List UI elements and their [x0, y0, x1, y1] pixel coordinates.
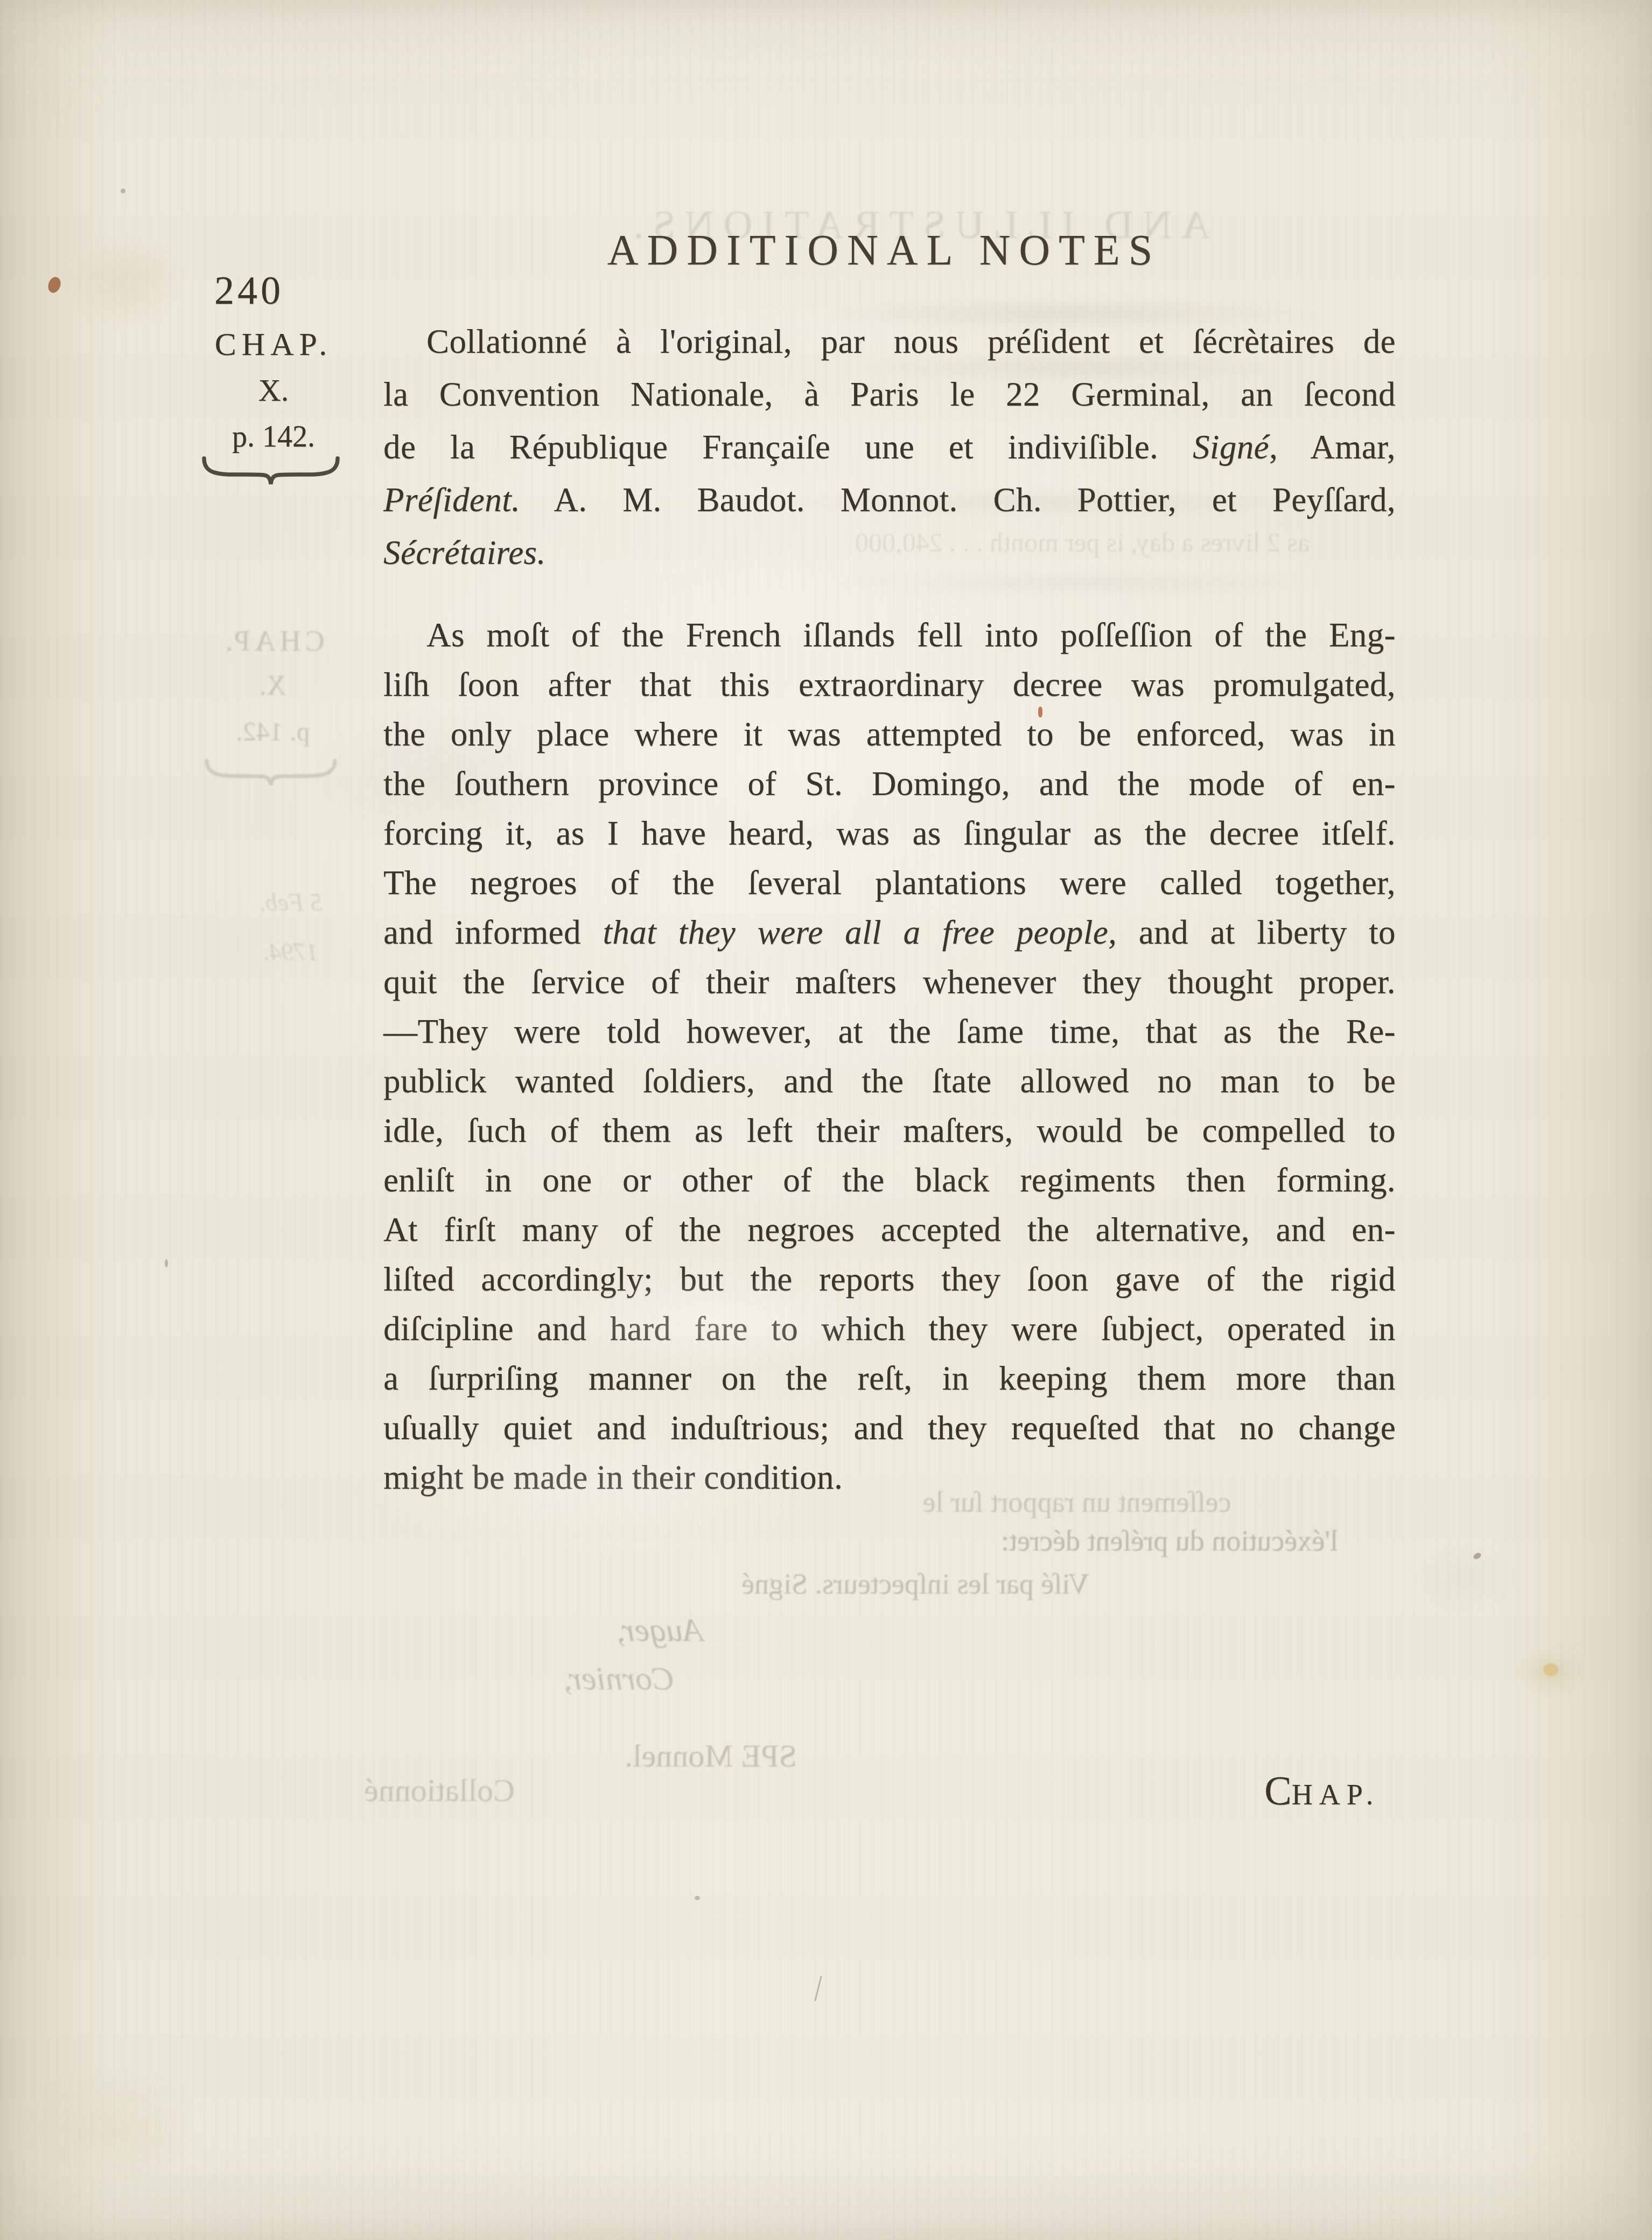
- ghost-date-line: 5 Feb.: [226, 878, 355, 927]
- text-line: Préſident. A. M. Baudot. Monnot. Ch. Pot…: [383, 473, 1396, 526]
- paper-light-patch: [538, 1271, 883, 1373]
- text-line: quit the ſervice of their maſters whenev…: [383, 957, 1396, 1007]
- text-segment: and informed: [383, 913, 603, 951]
- text-line: publick wanted ſoldiers, and the ſtate a…: [383, 1056, 1396, 1106]
- text-segment: idle, ſuch of them as left their maſters…: [383, 1112, 1396, 1149]
- red-speck: [1038, 707, 1042, 717]
- margin-note: CHAP. X. p. 142.: [198, 321, 349, 460]
- text-segment: At firſt many of the negroes accepted th…: [383, 1211, 1396, 1248]
- yellow-spot: [1543, 1663, 1558, 1676]
- text-line: liſted accordingly; but the reports they…: [383, 1254, 1396, 1304]
- text-segment: the ſouthern province of St. Domingo, an…: [383, 765, 1396, 803]
- paper-speck: [121, 189, 125, 193]
- text-line: Sécrétaires.: [383, 526, 1396, 579]
- text-segment: the only place where it was attempted to…: [383, 715, 1396, 753]
- text-line: enliſt in one or other of the black regi…: [383, 1155, 1396, 1205]
- catchword-rest: HAP.: [1292, 1778, 1380, 1811]
- italic-text-segment: Sécrétaires.: [383, 534, 546, 571]
- catchword: CHAP.: [1264, 1768, 1380, 1815]
- ghost-showthrough-text: Viſé par les inſpecteurs. Signé: [741, 1567, 1089, 1601]
- text-segment: As moſt of the French iſlands fell into …: [426, 616, 1396, 654]
- text-segment: , Amar,: [1269, 428, 1396, 466]
- paper-scratch: [814, 1976, 822, 2001]
- paper-light-patch: [345, 1422, 829, 1562]
- text-line: a ſurpriſing manner on the reſt, in keep…: [383, 1353, 1396, 1403]
- text-line: the only place where it was attempted to…: [383, 709, 1396, 759]
- text-segment: and at liberty to: [1117, 913, 1396, 951]
- text-line: Collationné à l'original, par nous préſi…: [383, 315, 1396, 368]
- book-page-scan: AND ILLUSTRATIONS. CHAP. X. p. 142. 5 Fe…: [0, 0, 1652, 2240]
- text-line: de la République Françaiſe une et indivi…: [383, 421, 1396, 473]
- margin-note-chapter-number: X.: [198, 367, 349, 414]
- text-segment: diſcipline and hard fare to which they w…: [383, 1310, 1396, 1348]
- text-segment: forcing it, as I have heard, was as ſing…: [383, 814, 1396, 852]
- text-segment: —They were told however, at the ſame tim…: [383, 1013, 1396, 1050]
- page-number: 240: [214, 268, 284, 314]
- text-line: The negroes of the ſeveral plantations w…: [383, 858, 1396, 908]
- text-line: —They were told however, at the ſame tim…: [383, 1007, 1396, 1056]
- ghost-margin-chap-line: CHAP.: [190, 618, 356, 664]
- ghost-showthrough-text: SPE Monnel.: [625, 1737, 797, 1775]
- text-segment: la Convention Nationale, à Paris le 22 G…: [383, 375, 1396, 413]
- italic-text-segment: Préſident.: [383, 481, 520, 519]
- ghost-showthrough-text: Auger,: [617, 1611, 703, 1650]
- paragraph-english-note: As moſt of the French iſlands fell into …: [383, 610, 1396, 1502]
- showthrough-smudge: [1411, 1540, 1518, 1616]
- ghost-showthrough-text: Collationné: [364, 1772, 515, 1809]
- margin-brace-icon: [200, 451, 341, 488]
- text-segment: Collationné à l'original, par nous préſi…: [426, 323, 1396, 360]
- text-segment: quit the ſervice of their maſters whenev…: [383, 963, 1396, 1001]
- paper-stain: [22, 2068, 205, 2187]
- text-segment: liſted accordingly; but the reports they…: [383, 1260, 1396, 1298]
- paper-stain: [65, 237, 183, 329]
- text-segment: a ſurpriſing manner on the reſt, in keep…: [383, 1359, 1396, 1397]
- text-line: the ſouthern province of St. Domingo, an…: [383, 759, 1396, 808]
- text-segment: The negroes of the ſeveral plantations w…: [383, 864, 1396, 902]
- paper-speck: [165, 1259, 168, 1267]
- text-segment: de la République Françaiſe une et indivi…: [383, 428, 1193, 466]
- running-header: ADDITIONAL NOTES: [572, 226, 1196, 275]
- text-line: la Convention Nationale, à Paris le 22 G…: [383, 368, 1396, 421]
- text-line: As moſt of the French iſlands fell into …: [383, 610, 1396, 660]
- ghost-date-line: 1794.: [226, 927, 355, 977]
- paragraph-attestation: Collationné à l'original, par nous préſi…: [383, 315, 1396, 579]
- text-line: diſcipline and hard fare to which they w…: [383, 1304, 1396, 1353]
- text-segment: enliſt in one or other of the black regi…: [383, 1161, 1396, 1199]
- text-line: liſh ſoon after that this extraordinary …: [383, 660, 1396, 709]
- italic-text-segment: that they were all a free people,: [603, 913, 1117, 951]
- ghost-verso-date: 5 Feb. 1794.: [226, 878, 355, 977]
- ghost-showthrough-text: l'éxécution du préſent décret:: [1001, 1524, 1338, 1558]
- italic-text-segment: Signé: [1193, 428, 1269, 466]
- text-segment: publick wanted ſoldiers, and the ſtate a…: [383, 1062, 1396, 1100]
- margin-note-chapter: CHAP.: [198, 321, 349, 367]
- red-fleck: [46, 275, 63, 295]
- ghost-showthrough-text: Cornier,: [564, 1660, 675, 1698]
- text-line: idle, ſuch of them as left their maſters…: [383, 1106, 1396, 1155]
- catchword-initial: C: [1264, 1768, 1292, 1813]
- text-line: At firſt many of the negroes accepted th…: [383, 1205, 1396, 1254]
- text-segment: A. M. Baudot. Monnot. Ch. Pottier, et Pe…: [520, 481, 1396, 519]
- text-line: and informed that they were all a free p…: [383, 908, 1396, 957]
- text-line: forcing it, as I have heard, was as ſing…: [383, 808, 1396, 858]
- paper-speck: [695, 1896, 700, 1900]
- text-segment: liſh ſoon after that this extraordinary …: [383, 666, 1396, 703]
